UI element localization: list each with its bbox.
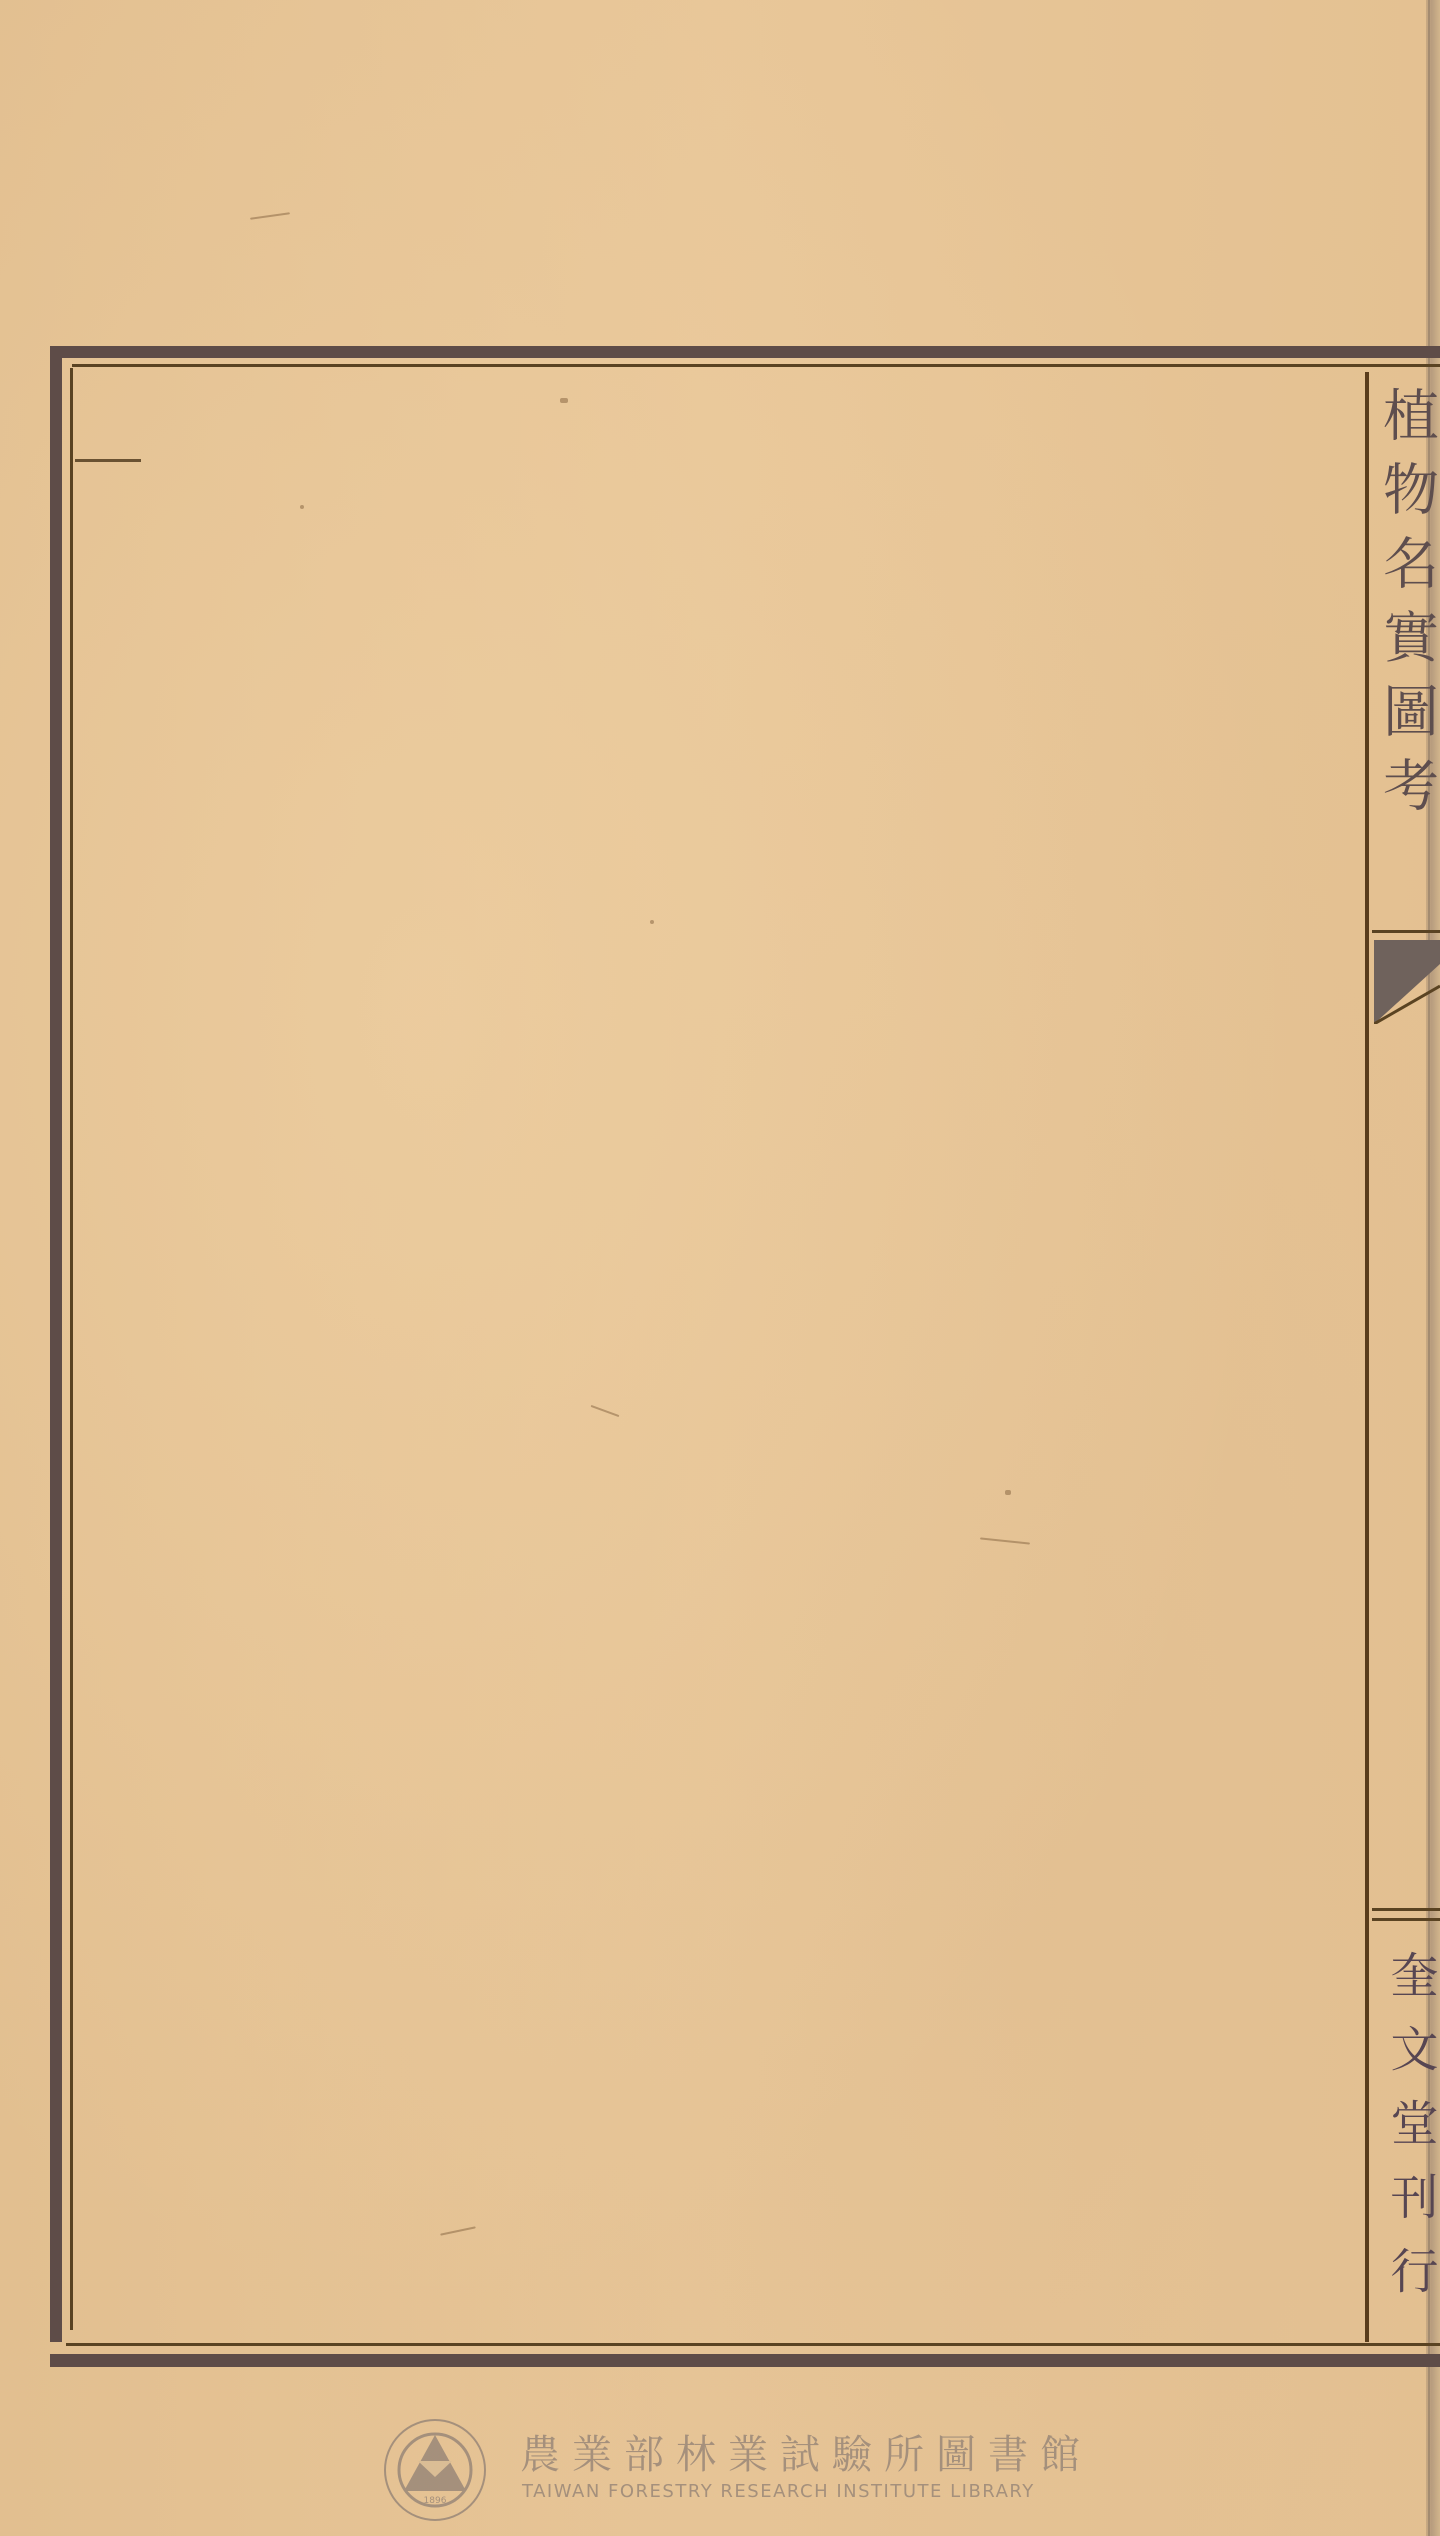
- svg-text:1896: 1896: [424, 2496, 447, 2506]
- library-watermark: 1896 農業部林業試驗所圖書館 TAIWAN FORESTRY RESEARC…: [380, 2415, 1080, 2525]
- publisher-rule: [1372, 1908, 1440, 1911]
- frame-inner-left: [70, 368, 73, 2330]
- frame-inner-bottom: [66, 2343, 1440, 2346]
- fishtail-rule: [1372, 930, 1440, 933]
- fishtail-mark-icon: [1374, 940, 1440, 1024]
- paper-fiber: [300, 505, 304, 509]
- paper-fiber: [980, 1537, 1030, 1544]
- margin-tick-mark: [75, 459, 141, 462]
- library-name-en: TAIWAN FORESTRY RESEARCH INSTITUTE LIBRA…: [522, 2481, 1035, 2502]
- paper-fiber: [1005, 1490, 1011, 1495]
- column-divider: [1365, 372, 1369, 2342]
- paper-fiber: [440, 2226, 476, 2235]
- publisher-rule: [1372, 1918, 1440, 1921]
- paper-fiber: [650, 920, 654, 924]
- paper-fiber: [591, 1405, 620, 1417]
- institute-logo-icon: 1896: [380, 2415, 490, 2525]
- library-name-cn: 農業部林業試驗所圖書館: [520, 2423, 1092, 2480]
- frame-outer-bottom: [50, 2354, 1440, 2367]
- frame-outer-left: [50, 346, 62, 2342]
- book-title: 植物名實圖考: [1372, 380, 1440, 960]
- publisher-imprint: 奎文堂刊行: [1380, 1950, 1440, 2320]
- frame-outer-top: [52, 346, 1440, 358]
- paper-fiber: [560, 398, 568, 403]
- paper-fiber: [250, 212, 290, 220]
- frame-inner-top: [72, 364, 1440, 367]
